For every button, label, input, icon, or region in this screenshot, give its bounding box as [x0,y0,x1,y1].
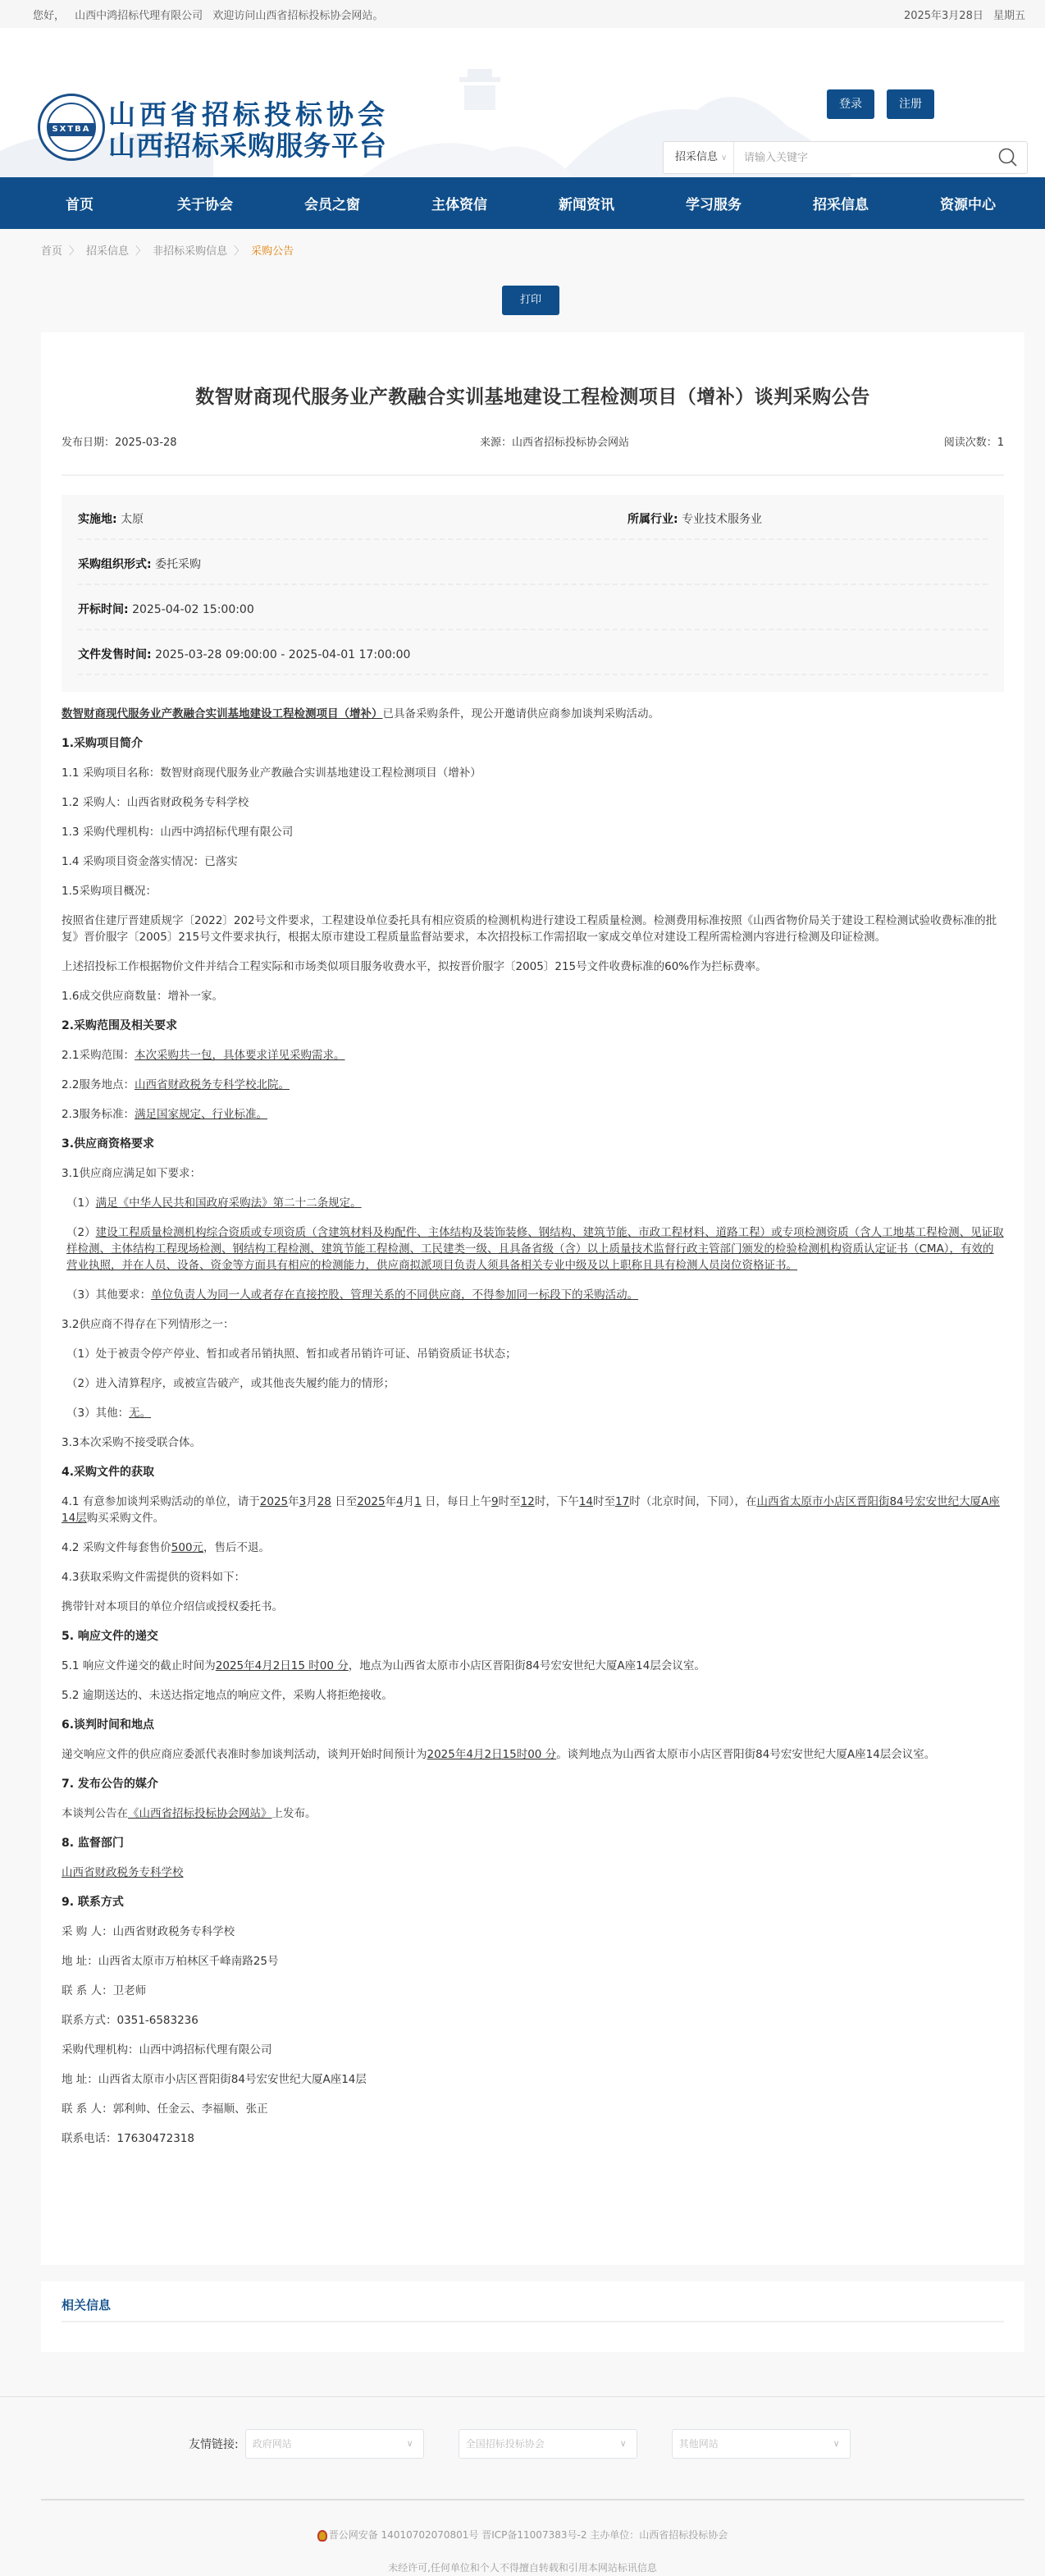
value: 500元 [171,1541,203,1554]
contact-line: 联系电话：17630472318 [62,2130,1004,2147]
breadcrumb-separator: 〉 [69,245,80,258]
paragraph: 携带针对本项目的单位介绍信或授权委托书。 [62,1599,1004,1615]
register-button[interactable]: 注册 [887,89,934,119]
article-meta: 发布日期：2025-03-28 来源：山西省招标投标协会网站 阅读次数：1 [62,427,1004,476]
value: 17 [615,1495,629,1508]
related-info-panel: 相关信息 [41,2281,1024,2352]
info-industry: 所属行业: 专业技术服务业 [627,510,762,527]
paragraph: 递交响应文件的供应商应委派代表准时参加谈判活动，谈判开始时间预计为2025年4月… [62,1746,1004,1763]
info-label: 文件发售时间: [78,648,152,661]
section-heading: 5. 响应文件的递交 [62,1628,1004,1645]
select-placeholder: 其他网站 [679,2438,719,2450]
brand-line-1: 山西省招标投标协会 [108,98,389,131]
paragraph: 4.2 采购文件每套售价500元，售后不退。 [62,1540,1004,1556]
info-sale-time: 文件发售时间: 2025-03-28 09:00:00 - 2025-04-01… [78,646,410,662]
current-date: 2025年3月28日 星期五 [897,7,1025,22]
value: 2025 [260,1495,288,1508]
breadcrumb: 首页〉招采信息〉非招标采购信息〉采购公告 [41,242,294,258]
info-value: 2025-04-02 15:00:00 [132,603,254,616]
value: 9 [491,1495,499,1508]
company-name: 山西中鸿招标代理有限公司 [75,10,203,22]
text: 递交响应文件的供应商应委派代表准时参加谈判活动，谈判开始时间预计为 [62,1748,427,1761]
copyright: 晋公网安备 14010702070801号 晋ICP备11007383号-2 主… [0,2528,1045,2542]
divider [0,2396,1045,2397]
intro-text: 已具备采购条件，现公开邀请供应商参加谈判采购活动。 [383,707,660,721]
paragraph: 4.3获取采购文件需提供的资料如下： [62,1569,1004,1585]
project-info-box: 实施地: 太原 所属行业: 专业技术服务业 采购组织形式: 委托采购 开标时间:… [62,495,1004,692]
search-category-label: 招采信息 [675,151,718,163]
breadcrumb-non-tender[interactable]: 非招标采购信息 [153,245,227,258]
divider [41,2499,1024,2501]
breadcrumb-separator: 〉 [135,245,146,258]
paragraph: 1.4 采购项目资金落实情况：已落实 [62,853,1004,870]
info-value: 2025-03-28 09:00:00 - 2025-04-01 17:00:0… [155,648,410,661]
paragraph: （3）其他要求：单位负责人为同一人或者存在直接控股、管理关系的不同供应商，不得参… [62,1287,1004,1303]
nav-item-members[interactable]: 会员之窗 [270,193,397,213]
nav-item-news[interactable]: 新闻资讯 [524,193,651,213]
label: 2.2服务地点： [62,1078,135,1091]
info-label: 开标时间: [78,603,129,616]
breadcrumb-procurement[interactable]: 招采信息 [86,245,129,258]
nav-item-resources[interactable]: 资源中心 [906,193,1033,213]
nav-item-learning[interactable]: 学习服务 [651,193,778,213]
welcome-text: 您好， 山西中鸿招标代理有限公司 欢迎访问山西省招标投标协会网站。 [33,7,390,22]
weekday-text: 星期五 [993,10,1025,22]
chevron-down-icon: ∨ [620,2430,627,2458]
text: 。谈判地点为山西省太原市小店区晋阳街84号宏安世纪大厦A座14层会议室。 [556,1748,935,1761]
related-info-title: 相关信息 [62,2296,111,2313]
nav-item-credit[interactable]: 主体资信 [397,193,524,213]
friendly-links-label: 友情链接: [189,2436,239,2452]
association-logo[interactable]: SXTBA [38,94,105,161]
info-location: 实施地: 太原 [78,510,144,527]
value: 2025年4月2日15时00 分 [427,1748,557,1761]
article-body: 数智财商现代服务业产教融合实训基地建设工程检测项目（增补）已具备采购条件，现公开… [62,706,1004,2160]
paragraph: （1）满足《中华人民共和国政府采购法》第二十二条规定。 [62,1195,1004,1211]
section-heading: 7. 发布公告的媒介 [62,1776,1004,1792]
text: 5.1 响应文件递交的截止时间为 [62,1659,216,1672]
contact-line: 地 址：山西省太原市万柏林区千峰南路25号 [62,1953,1004,1970]
paragraph: 3.3本次采购不接受联合体。 [62,1434,1004,1451]
search-input[interactable] [744,149,974,167]
value: 3 [299,1495,307,1508]
section-heading: 3.供应商资格要求 [62,1136,1004,1152]
value: 建设工程质量检测机构综合资质或专项资质（含建筑材料及构配件、主体结构及装饰装修、… [66,1226,1004,1272]
nav-item-about[interactable]: 关于协会 [143,193,270,213]
greeting: 您好， [33,10,65,22]
info-value: 委托采购 [155,558,201,571]
paragraph: 2.1采购范围：本次采购共一包，具体要求详见采购需求。 [62,1047,1004,1064]
contact-line: 采购代理机构：山西中鸿招标代理有限公司 [62,2042,1004,2058]
top-bar: 您好， 山西中鸿招标代理有限公司 欢迎访问山西省招标投标协会网站。 2025年3… [0,0,1045,28]
paragraph: （3）其他：无。 [62,1405,1004,1421]
search-icon[interactable] [997,147,1019,168]
friendly-links: 友情链接: 政府网站∨ 全国招标投标协会∨ 其他网站∨ [189,2429,885,2459]
paragraph: 1.3 采购代理机构：山西中鸿招标代理有限公司 [62,824,1004,840]
breadcrumb-separator: 〉 [234,245,244,258]
info-row: 实施地: 太原 所属行业: 专业技术服务业 [78,495,988,540]
login-button[interactable]: 登录 [827,89,874,119]
label: （3）其他要求： [66,1288,151,1302]
chevron-down-icon: ∨ [721,153,727,162]
label: （2） [66,1226,96,1239]
info-row: 采购组织形式: 委托采购 [78,540,988,585]
paragraph: 1.6成交供应商数量：增补一家。 [62,988,1004,1004]
value: 1 [414,1495,422,1508]
main-nav: 首页 关于协会 会员之窗 主体资信 新闻资讯 学习服务 招采信息 资源中心 [0,177,1045,229]
paragraph: 3.2供应商不得存在下列情形之一： [62,1316,1004,1333]
contact-line: 联 系 人：郭利帅、任金云、李福顺、张正 [62,2101,1004,2117]
print-button[interactable]: 打印 [502,286,559,315]
section-heading: 2.采购范围及相关要求 [62,1018,1004,1034]
info-label: 所属行业: [627,513,678,526]
gov-sites-select[interactable]: 政府网站∨ [245,2429,424,2459]
nav-item-procurement[interactable]: 招采信息 [778,193,906,213]
label: 2.3服务标准： [62,1108,135,1121]
publish-date: 发布日期：2025-03-28 [62,433,177,449]
disclaimer: 未经许可,任何单位和个人不得擅自转载和引用本网站标讯信息 [0,2560,1045,2574]
paragraph: 1.2 采购人：山西省财政税务专科学校 [62,794,1004,811]
info-value: 专业技术服务业 [682,513,762,526]
paragraph: 5.1 响应文件递交的截止时间为2025年4月2日15 时00 分，地点为山西省… [62,1658,1004,1674]
paragraph: （2）进入清算程序，或被宣告破产，或其他丧失履约能力的情形； [62,1375,1004,1392]
label: （1） [66,1196,96,1210]
paragraph: 2.3服务标准：满足国家规定、行业标准。 [62,1106,1004,1123]
paragraph: 3.1供应商应满足如下要求： [62,1165,1004,1182]
paragraph: 1.5采购项目概况： [62,883,1004,899]
breadcrumb-current: 采购公告 [251,245,294,258]
label: （3）其他： [66,1407,129,1420]
brand-title: 山西省招标投标协会 山西招标采购服务平台 [108,98,389,161]
paragraph: 5.2 逾期送达的、未送达指定地点的响应文件，采购人将拒绝接收。 [62,1687,1004,1704]
contact-line: 采 购 人：山西省财政税务专科学校 [62,1924,1004,1940]
value: 无。 [129,1407,151,1420]
breadcrumb-home[interactable]: 首页 [41,245,62,258]
value: 山西省财政税务专科学校北院。 [135,1078,290,1091]
divider [62,2321,1004,2322]
paragraph: 4.1 有意参加谈判采购活动的单位，请于2025年3月28 日至2025年4月1… [62,1494,1004,1526]
info-label: 采购组织形式: [78,558,152,571]
text: ，售后不退。 [203,1541,270,1554]
copyright-text[interactable]: 晋公网安备 14010702070801号 晋ICP备11007383号-2 主… [329,2529,728,2541]
value: 单位负责人为同一人或者存在直接控股、管理关系的不同供应商，不得参加同一标段下的采… [151,1288,638,1302]
other-sites-select[interactable]: 其他网站∨ [672,2429,851,2459]
contact-line: 联系方式：0351-6583236 [62,2012,1004,2029]
info-value: 太原 [121,513,144,526]
info-label: 实施地: [78,513,117,526]
paragraph: 山西省财政税务专科学校 [62,1865,1004,1881]
text: 本谈判公告在 [62,1807,128,1820]
brand-line-2: 山西招标采购服务平台 [108,131,389,161]
contact-line: 联 系 人：卫老师 [62,1983,1004,1999]
chevron-down-icon: ∨ [833,2430,840,2458]
value: 本次采购共一包，具体要求详见采购需求。 [135,1049,345,1062]
value: 山西省财政税务专科学校 [62,1866,184,1879]
value: 14 [579,1495,593,1508]
search-category-select[interactable]: 招采信息∨ [664,142,734,173]
article-title: 数智财商现代服务业产教融合实训基地建设工程检测项目（增补）谈判采购公告 [41,382,1024,409]
value: 28 [317,1495,331,1508]
police-badge-icon [317,2530,327,2542]
value: 2025年4月2日15 时00 分 [216,1659,349,1672]
text: ，地点为山西省太原市小店区晋阳街84号宏安世纪大厦A座14层会议室。 [349,1659,705,1672]
paragraph: 上述招投标工作根据物价文件并结合工程实际和市场类似项目服务收费水平，拟按晋价服字… [62,959,1004,975]
text: 上发布。 [272,1807,317,1820]
article-source: 来源：山西省招标投标协会网站 [480,433,629,449]
national-association-select[interactable]: 全国招标投标协会∨ [459,2429,637,2459]
text: 4.1 有意参加谈判采购活动的单位，请于 [62,1495,260,1508]
value: 满足国家规定、行业标准。 [135,1108,267,1121]
date-text: 2025年3月28日 [904,10,983,22]
paragraph: 2.2服务地点：山西省财政税务专科学校北院。 [62,1077,1004,1093]
logo-band: SXTBA [48,123,94,136]
section-heading: 8. 监督部门 [62,1835,1004,1851]
nav-item-home[interactable]: 首页 [31,193,143,213]
paragraph: 按照省住建厅晋建质规字〔2022〕202号文件要求，工程建设单位委托具有相应资质… [62,913,1004,945]
info-row: 文件发售时间: 2025-03-28 09:00:00 - 2025-04-01… [78,630,988,675]
welcome-message: 欢迎访问山西省招标投标协会网站。 [212,10,383,22]
section-heading: 9. 联系方式 [62,1894,1004,1910]
info-open-time: 开标时间: 2025-04-02 15:00:00 [78,601,254,617]
search-box: 招采信息∨ [663,141,1028,174]
label: 2.1采购范围： [62,1049,135,1062]
value: 12 [521,1495,535,1508]
value: 满足《中华人民共和国政府采购法》第二十二条规定。 [96,1196,362,1210]
paragraph: 1.1 采购项目名称：数智财商现代服务业产教融合实训基地建设工程检测项目（增补） [62,765,1004,781]
section-heading: 6.谈判时间和地点 [62,1717,1004,1733]
read-count: 阅读次数：1 [944,433,1004,449]
chevron-down-icon: ∨ [407,2430,413,2458]
section-heading: 4.采购文件的获取 [62,1464,1004,1480]
value: 《山西省招标投标协会网站》 [128,1807,272,1820]
paragraph: （1）处于被责令停产停业、暂扣或者吊销执照、暂扣或者吊销许可证、吊销资质证书状态… [62,1346,1004,1362]
paragraph: 本谈判公告在《山西省招标投标协会网站》上发布。 [62,1805,1004,1822]
intro-paragraph: 数智财商现代服务业产教融合实训基地建设工程检测项目（增补）已具备采购条件，现公开… [62,706,1004,722]
article-card: 数智财商现代服务业产教融合实训基地建设工程检测项目（增补）谈判采购公告 发布日期… [41,332,1024,2265]
info-row: 开标时间: 2025-04-02 15:00:00 [78,585,988,630]
section-heading: 1.采购项目简介 [62,735,1004,752]
info-org-form: 采购组织形式: 委托采购 [78,556,201,572]
contact-line: 地 址：山西省太原市小店区晋阳街84号宏安世纪大厦A座14层 [62,2071,1004,2088]
value: 4 [396,1495,404,1508]
select-placeholder: 全国招标投标协会 [466,2438,545,2450]
value: 2025 [357,1495,385,1508]
site-header: SXTBA 山西省招标投标协会 山西招标采购服务平台 登录 注册 招采信息∨ [0,28,1045,177]
intro-project-name: 数智财商现代服务业产教融合实训基地建设工程检测项目（增补） [62,707,383,721]
text: 4.2 采购文件每套售价 [62,1541,171,1554]
paragraph: （2）建设工程质量检测机构综合资质或专项资质（含建筑材料及构配件、主体结构及装饰… [62,1224,1004,1274]
select-placeholder: 政府网站 [253,2438,292,2450]
